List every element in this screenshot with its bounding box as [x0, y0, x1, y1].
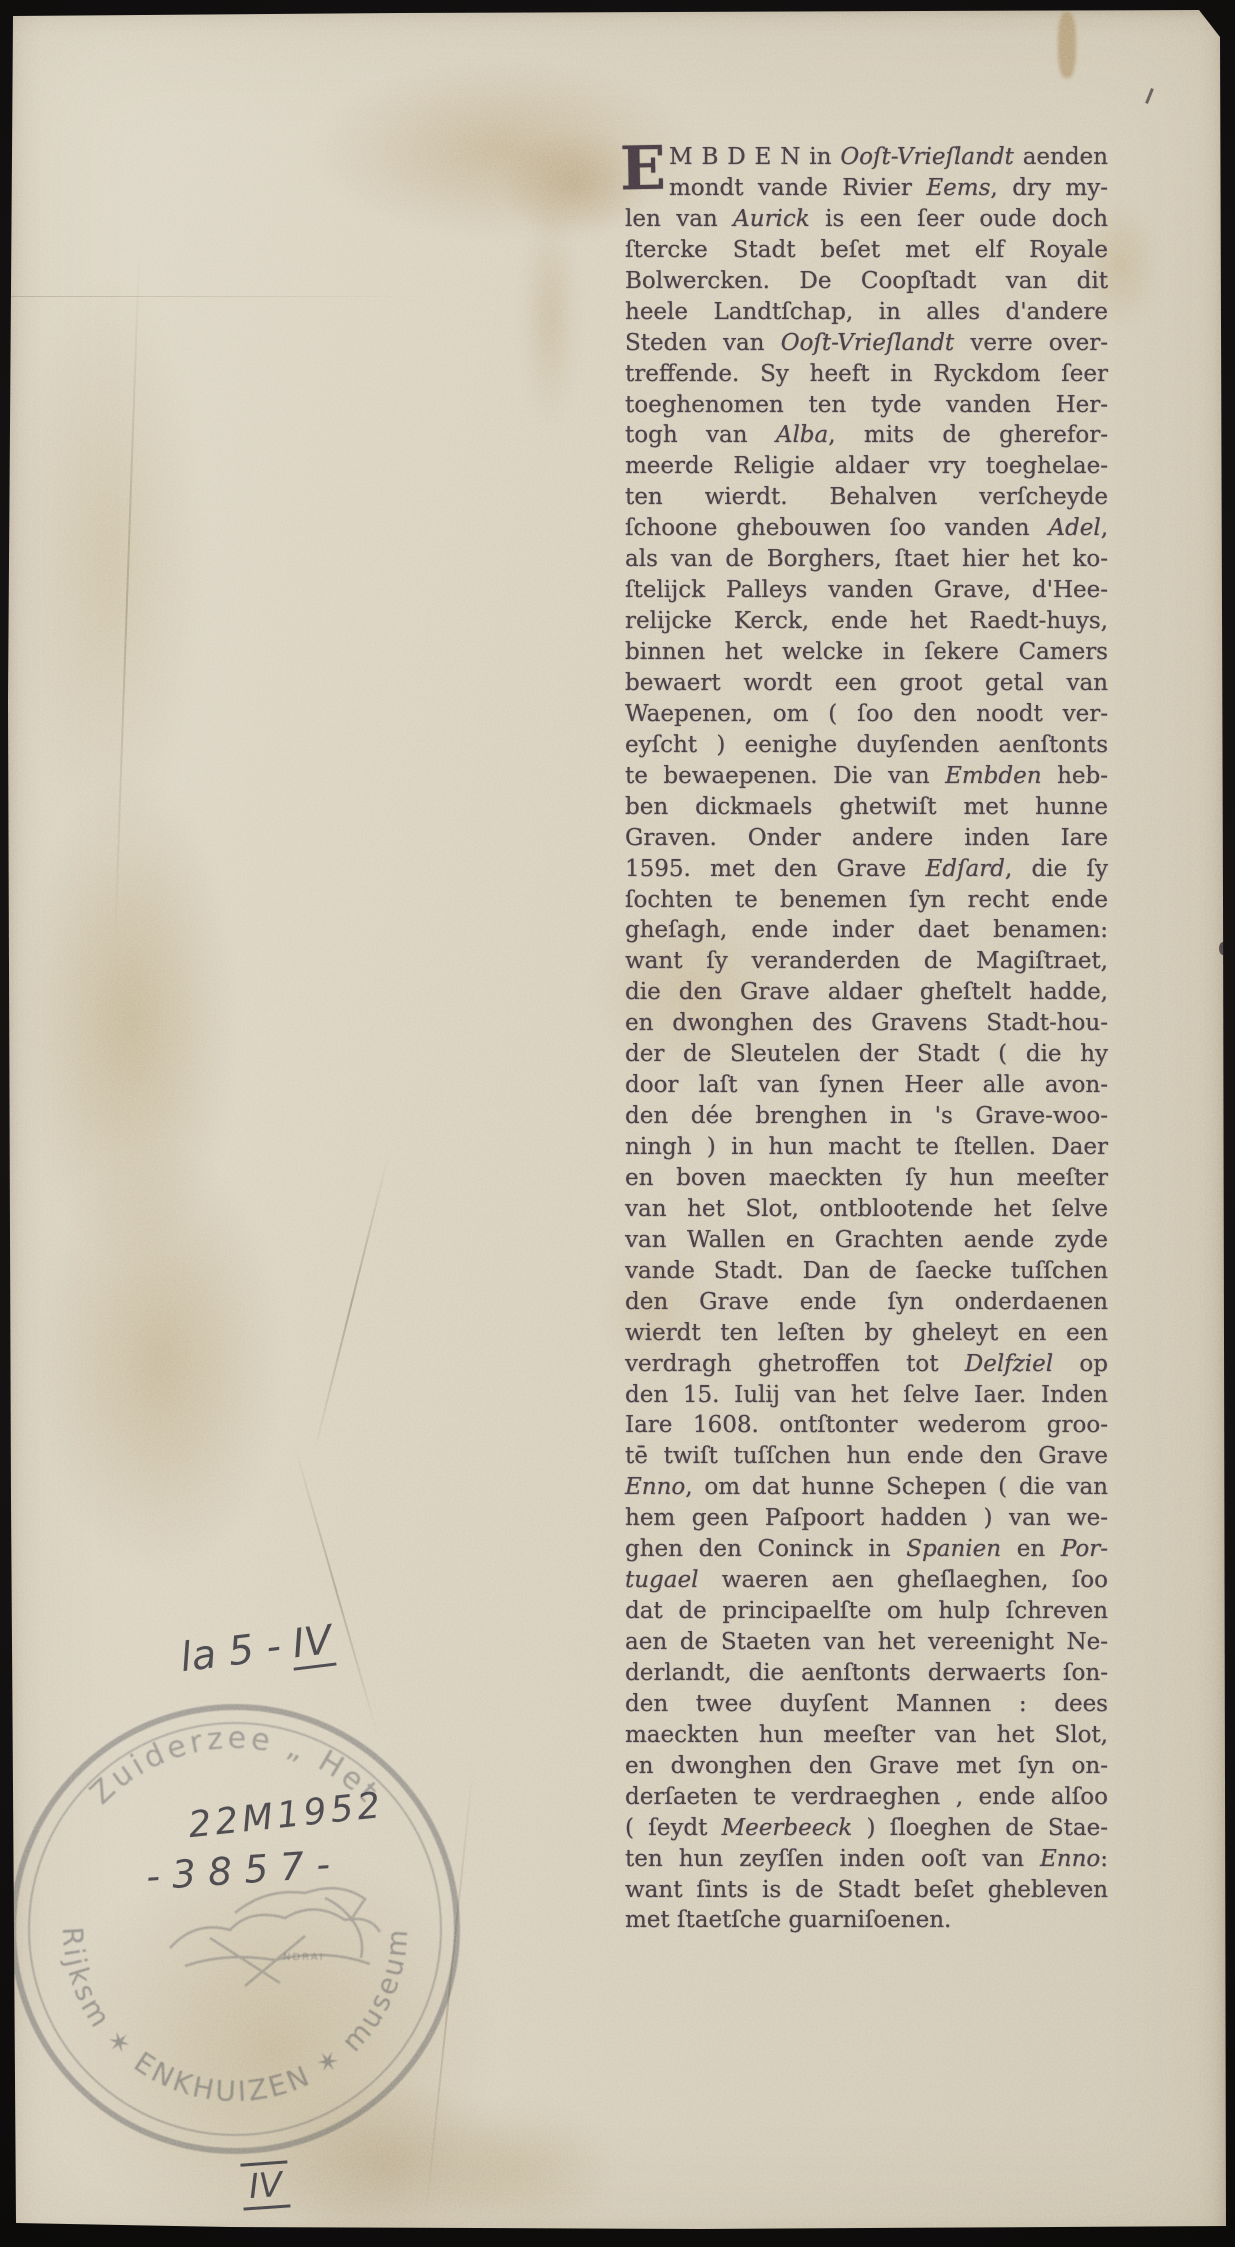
text-line: eyſcht ) eenighe duyſenden aenſtonts — [625, 730, 1108, 761]
crease — [10, 296, 430, 297]
text-line: den dée brenghen in 's Grave-woo- — [625, 1101, 1108, 1132]
text-line: derlandt, die aenſtonts derwaerts ſon- — [625, 1658, 1108, 1689]
body-text: M B D E N in Ooſt-Vrieſlandt aendenmondt… — [625, 142, 1108, 1936]
text-line: en boven maeckten ſy hun meeſter — [625, 1163, 1108, 1194]
text-line: ſtelijck Palleys vanden Grave, d'Hee- — [625, 575, 1108, 606]
text-line: ten hun zeyſſen inden ooſt van Enno: — [625, 1844, 1108, 1875]
text-line: met ſtaetſche guarniſoenen. — [625, 1905, 1108, 1936]
text-line: aen de Staeten van het vereenight Ne- — [625, 1627, 1108, 1658]
museum-stamp: Zuiderzee „ Het Rijksm ✶ ENKHUIZEN ✶ mus… — [5, 1698, 475, 2168]
stamp-center-text: NDRAI — [283, 1952, 325, 1963]
crease — [114, 250, 140, 950]
text-line: gheſagh, ende inder daet benamen: — [625, 915, 1108, 946]
ink-mark — [1145, 88, 1154, 104]
text-line: Waepenen, om ( ſoo den noodt ver- — [625, 699, 1108, 730]
text-line: bewaert wordt een groot getal van — [625, 668, 1108, 699]
coat-of-arms — [170, 1888, 380, 1986]
text-line: en dwonghen den Grave met ſyn on- — [625, 1751, 1108, 1782]
stain — [1058, 12, 1076, 78]
text-line: tugael waeren aen gheſlaeghen, ſoo — [625, 1565, 1108, 1596]
text-line: die den Grave aldaer gheſtelt hadde, — [625, 977, 1108, 1008]
text-line: dat de principaelſte om hulp ſchreven — [625, 1596, 1108, 1627]
text-line: hem geen Paſpoort hadden ) van we- — [625, 1503, 1108, 1534]
text-line: als van de Borghers, ſtaet hier het ko- — [625, 544, 1108, 575]
text-line: Steden van Ooſt-Vrieſlandt verre over- — [625, 328, 1108, 359]
paper-sheet: E M B D E N in Ooſt-Vrieſlandt aendenmon… — [0, 0, 1235, 2247]
text-line: Iare 1608. ontſtonter wederom groo- — [625, 1410, 1108, 1441]
crease — [313, 1154, 390, 1455]
text-line: ghen den Coninck in Spanien en Por- — [625, 1534, 1108, 1565]
text-line: ſtercke Stadt beſet met elf Royale — [625, 235, 1108, 266]
text-line: ben dickmaels ghetwiſt met hunne — [625, 792, 1108, 823]
text-line: van het Slot, ontblootende het ſelve — [625, 1194, 1108, 1225]
text-line: vande Stadt. Dan de ſaecke tuſſchen — [625, 1256, 1108, 1287]
scanned-page: E M B D E N in Ooſt-Vrieſlandt aendenmon… — [0, 0, 1235, 2247]
bottom-roman-numeral-text: IV — [240, 2160, 290, 2210]
text-line: Enno, om dat hunne Schepen ( die van — [625, 1472, 1108, 1503]
text-line: mondt vande Rivier Eems, dry my- — [625, 173, 1108, 204]
text-line: binnen het welcke in ſekere Camers — [625, 637, 1108, 668]
text-line: verdragh ghetroffen tot Delfziel op — [625, 1349, 1108, 1380]
text-line: den Grave ende ſyn onderdaenen — [625, 1287, 1108, 1318]
text-line: ſchoone ghebouwen ſoo vanden Adel, — [625, 513, 1108, 544]
text-line: den 15. Iulij van het ſelve Iaer. Inden — [625, 1380, 1108, 1411]
crease — [294, 1446, 379, 1735]
shelfmark-prefix: la 5 - — [178, 1623, 284, 1681]
text-line: den twee duyſent Mannen : dees — [625, 1689, 1108, 1720]
text-line: want ſy veranderden de Magiſtraet, — [625, 946, 1108, 977]
text-line: ( ſeydt Meerbeeck ) ſloeghen de Stae- — [625, 1813, 1108, 1844]
text-line: heele Landtſchap, in alles d'andere — [625, 297, 1108, 328]
shelfmark-numeral: IV — [288, 1617, 337, 1671]
text-line: ten wierdt. Behalven verſcheyde — [625, 482, 1108, 513]
text-line: 1595. met den Grave Edſard, die ſy — [625, 854, 1108, 885]
text-line: meerde Religie aldaer vry toeghelae- — [625, 451, 1108, 482]
text-line: treffende. Sy heeft in Ryckdom ſeer — [625, 359, 1108, 390]
text-line: maeckten hun meeſter van het Slot, — [625, 1720, 1108, 1751]
text-line: togh van Alba, mits de gherefor- — [625, 420, 1108, 451]
stain — [40, 1150, 280, 1570]
stain — [20, 280, 200, 840]
bottom-roman-numeral: IV — [241, 2164, 291, 2207]
text-line: Bolwercken. De Coopſtadt van dit — [625, 266, 1108, 297]
text-line: M B D E N in Ooſt-Vrieſlandt aenden — [625, 142, 1108, 173]
ink-mark — [1219, 942, 1227, 955]
stain — [25, 780, 235, 1260]
text-line: ningh ) in hun macht te ſtellen. Daer — [625, 1132, 1108, 1163]
text-line: Graven. Onder andere inden Iare — [625, 823, 1108, 854]
text-line: toeghenomen ten tyde vanden Her- — [625, 390, 1108, 421]
text-line: der de Sleutelen der Stadt ( die hy — [625, 1039, 1108, 1070]
text-line: len van Aurick is een ſeer oude doch — [625, 204, 1108, 235]
text-line: door laſt van ſynen Heer alle avon- — [625, 1070, 1108, 1101]
text-line: want ſints is de Stadt beſet ghebleven — [625, 1875, 1108, 1906]
text-line: derſaeten te verdraeghen , ende alſoo — [625, 1782, 1108, 1813]
text-line: wierdt ten leſten by gheleyt en een — [625, 1318, 1108, 1349]
text-line: en dwonghen des Gravens Stadt-hou- — [625, 1008, 1108, 1039]
text-line: ſochten te benemen ſyn recht ende — [625, 885, 1108, 916]
shelfmark-annotation: la 5 -IV — [178, 1617, 337, 1681]
text-line: van Wallen en Grachten aende zyde — [625, 1225, 1108, 1256]
text-line: relijcke Kerck, ende het Raedt-huys, — [625, 606, 1108, 637]
text-line: tē twiſt tuſſchen hun ende den Grave — [625, 1441, 1108, 1472]
text-line: te bewaepenen. Die van Embden heb- — [625, 761, 1108, 792]
stain — [520, 200, 580, 430]
